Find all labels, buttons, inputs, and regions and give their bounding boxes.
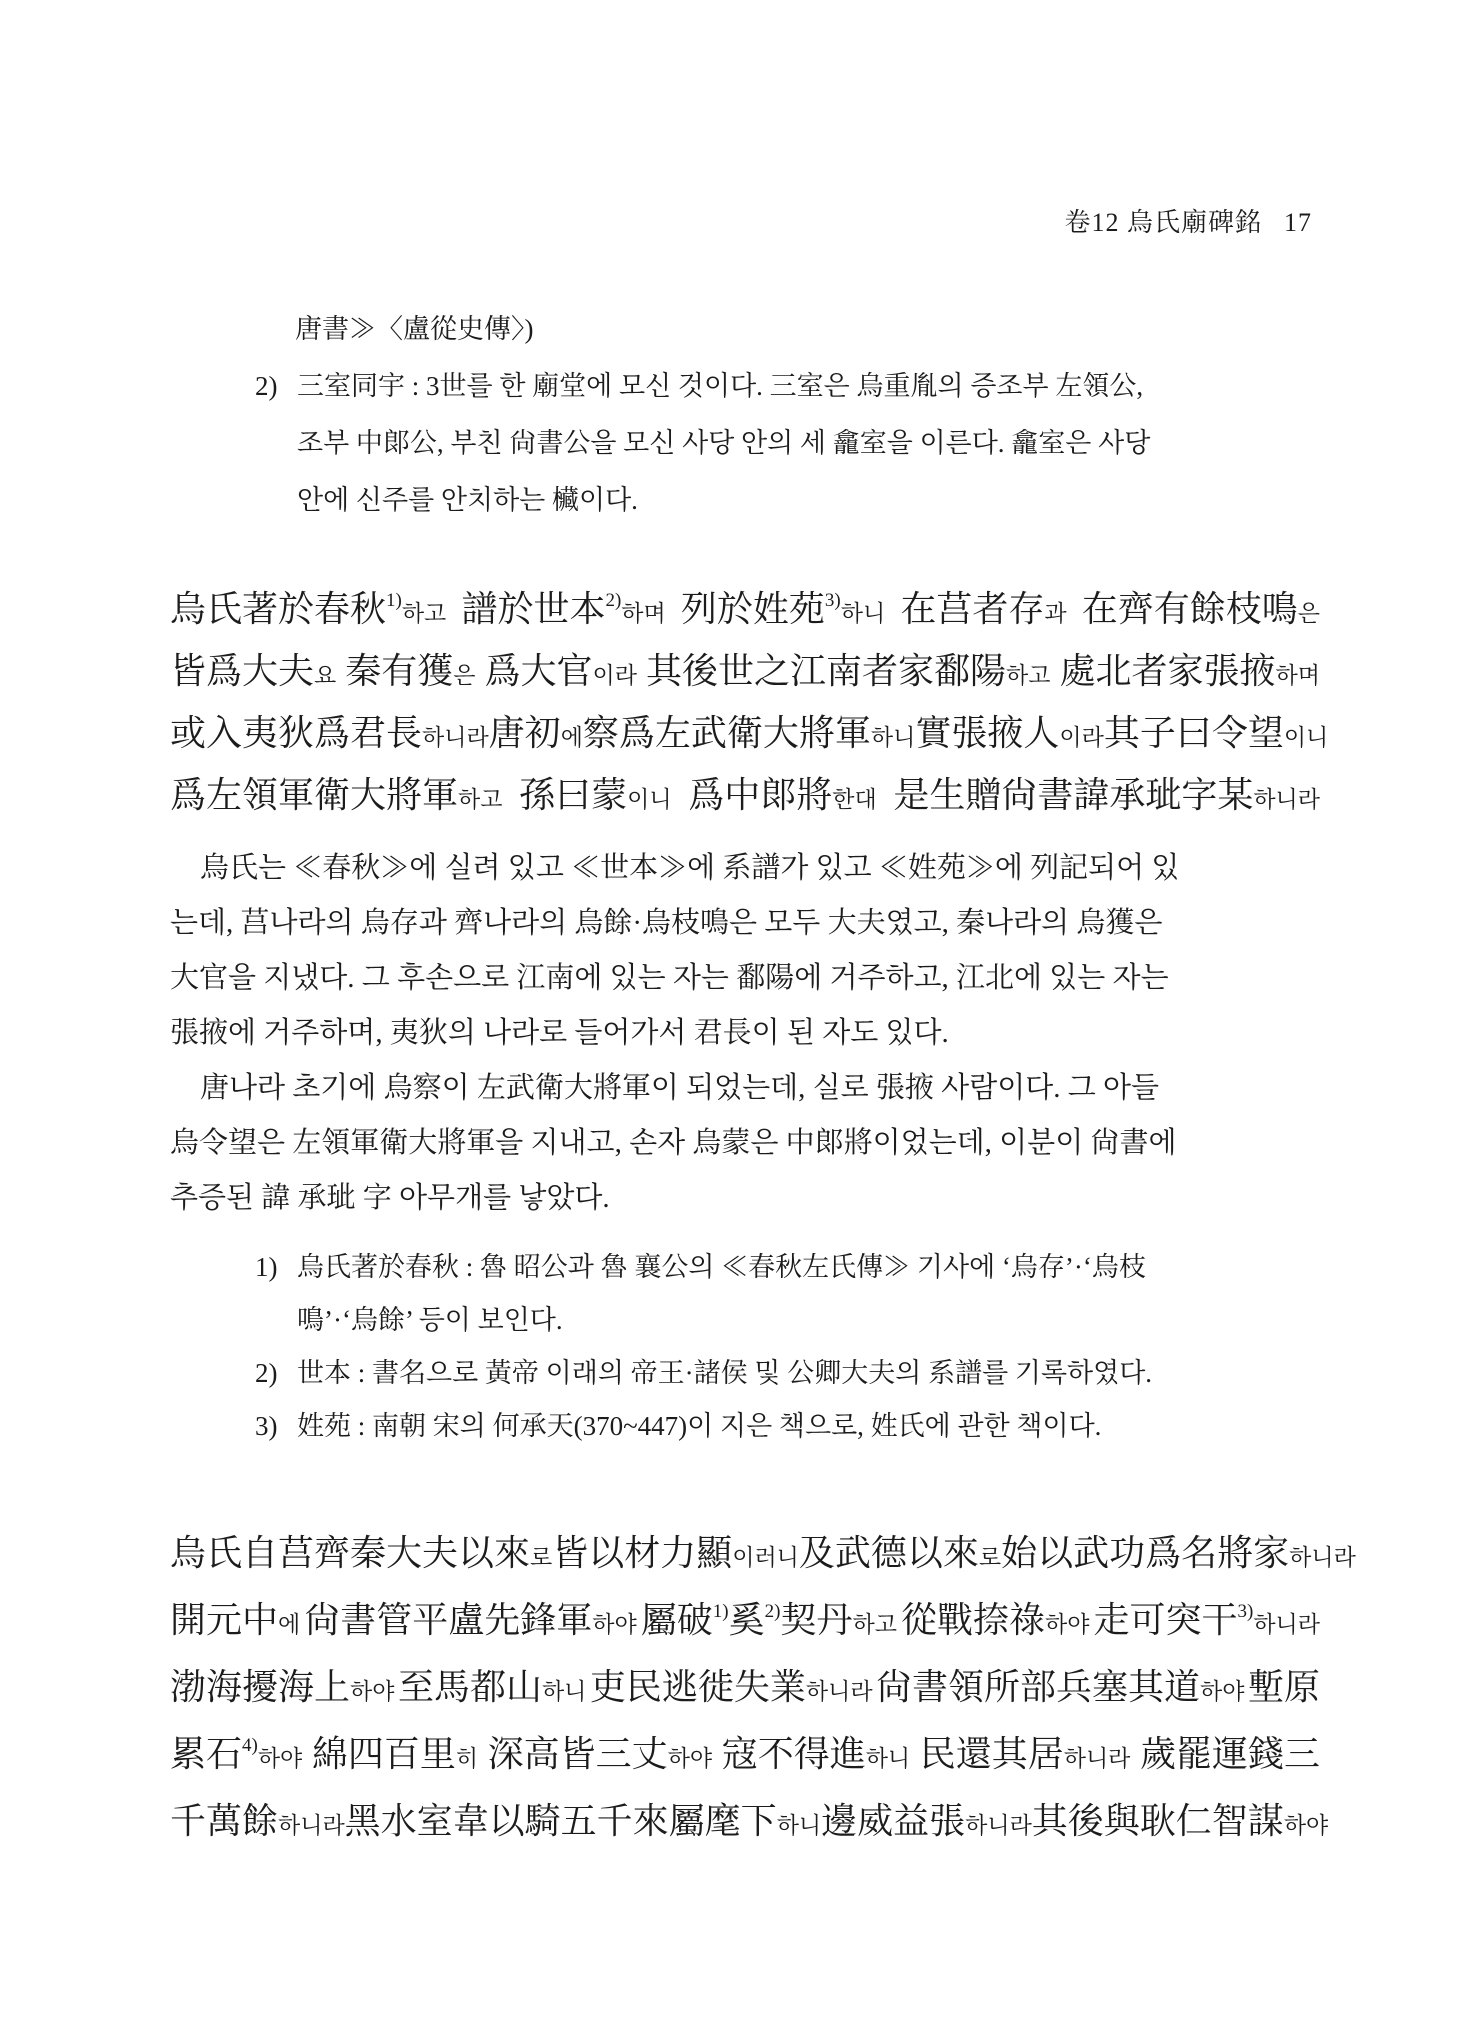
hanmun-phrase: 孫曰蒙이니	[519, 767, 671, 818]
hanja-text: 吏民逃徙失業	[590, 1667, 806, 1707]
footnote-item: 2)世本 : 書名으로 黃帝 이래의 帝王·諸侯 및 公卿大夫의 系譜를 기록하…	[255, 1347, 1320, 1400]
hanmun-phrase: 吏民逃徙失業하니라	[590, 1659, 873, 1710]
note-marker: 2)	[255, 358, 297, 415]
korean-particle: 은	[1298, 601, 1320, 626]
hanja-text: 實張掖人	[915, 713, 1059, 753]
carryover-note-item: 2) 三室同宇 : 3世를 한 廟堂에 모신 것이다. 三室은 烏重胤의 증조부…	[255, 358, 1320, 529]
hanja-text: 邊威益張	[821, 1801, 965, 1841]
korean-particle: 이니	[627, 787, 671, 812]
hanmun-phrase: 皆爲大夫요	[170, 643, 336, 694]
hanmun-line: 烏氏著於春秋1)하고譜於世本2)하며列於姓苑3)하니在莒者存과在齊有餘枝鳴은	[170, 581, 1320, 621]
hanja-text: 屬破	[641, 1600, 713, 1640]
hanmun-phrase: 千萬餘하니라	[170, 1793, 345, 1844]
hanja-text: 其子曰令望	[1104, 713, 1284, 753]
hanja-text: 深高皆三丈	[488, 1734, 668, 1774]
hanja-text: 處北者家張掖	[1060, 651, 1276, 691]
hanja-text: 察爲左武衛大將軍	[583, 713, 871, 753]
hanja-text: 歲罷運錢三	[1140, 1734, 1320, 1774]
note-text: 姓苑 : 南朝 宋의 何承天(370~447)이 지은 책으로, 姓氏에 관한 …	[297, 1400, 1320, 1453]
hanja-text: 始以武功爲名將家	[1001, 1533, 1289, 1573]
hanmun-line: 渤海擾海上하야至馬都山하니吏民逃徙失業하니라尙書領所部兵塞其道하야塹原	[170, 1659, 1320, 1699]
hanmun-line: 開元中에尙書管平盧先鋒軍하야屬破1)奚2)契丹하고從戰捺祿하야走可突干3)하니라	[170, 1592, 1320, 1632]
hanmun-phrase: 深高皆三丈하야	[488, 1726, 712, 1777]
hanmun-phrase: 及武德以來로	[799, 1525, 1001, 1576]
hanmun-phrase: 實張掖人이라	[915, 705, 1103, 756]
korean-particle: 에	[278, 1612, 300, 1637]
hanja-text: 列於姓苑	[681, 589, 825, 629]
hanja-text: 其後世之江南者家鄱陽	[646, 651, 1006, 691]
korean-particle: 에	[561, 725, 583, 750]
korean-particle: 하니라	[1253, 1612, 1320, 1637]
translation-block: 烏氏는 ≪春秋≫에 실려 있고 ≪世本≫에 系譜가 있고 ≪姓苑≫에 列記되어 …	[170, 841, 1320, 1226]
hanmun-phrase: 烏氏著於春秋1)하고	[170, 581, 446, 632]
hanja-text: 累石	[170, 1734, 242, 1774]
hanmun-phrase: 爲中郞將한대	[688, 767, 876, 818]
hanja-text: 孫曰蒙	[519, 775, 627, 815]
hanja-text: 唐初	[489, 713, 561, 753]
hanmun-phrase: 至馬都山하니	[398, 1659, 586, 1710]
hanmun-phrase: 烏氏自莒齊秦大夫以來로	[170, 1525, 552, 1576]
book-page: 卷12 烏氏廟碑銘17 唐書≫〈盧從史傳〉) 2) 三室同宇 : 3世를 한 廟…	[0, 0, 1480, 2024]
hanmun-phrase: 察爲左武衛大將軍하니	[583, 705, 915, 756]
hanmun-phrase: 唐初에	[489, 705, 583, 756]
note-text: 世本 : 書名으로 黃帝 이래의 帝王·諸侯 및 公卿大夫의 系譜를 기록하였다…	[297, 1347, 1320, 1400]
hanmun-phrase: 邊威益張하니라	[821, 1793, 1032, 1844]
hanja-text: 皆爲大夫	[170, 651, 314, 691]
korean-particle: 하니	[841, 601, 885, 626]
hanmun-phrase: 屬破1)奚2)契丹하고	[641, 1592, 897, 1643]
korean-particle: 하야	[592, 1612, 636, 1637]
footnote-ref: 4)	[242, 1735, 258, 1756]
hanmun-phrase: 累石4)하야	[170, 1726, 302, 1777]
hanja-text: 烏氏著於春秋	[170, 589, 386, 629]
hanmun-phrase: 走可突干3)하니라	[1093, 1592, 1320, 1643]
hanmun-block-1: 烏氏著於春秋1)하고譜於世本2)하며列於姓苑3)하니在莒者存과在齊有餘枝鳴은皆爲…	[170, 581, 1320, 807]
hanmun-phrase: 民還其居하니라	[920, 1726, 1131, 1777]
hanmun-line: 皆爲大夫요秦有獲은爲大官이라其後世之江南者家鄱陽하고處北者家張掖하며	[170, 643, 1320, 683]
korean-particle: 하니라	[965, 1813, 1032, 1838]
korean-particle: 이러니	[732, 1545, 799, 1570]
footnote-item: 3)姓苑 : 南朝 宋의 何承天(370~447)이 지은 책으로, 姓氏에 관…	[255, 1400, 1320, 1453]
korean-particle: 한대	[832, 787, 876, 812]
hanmun-line: 千萬餘하니라黑水室韋以騎五千來屬麾下하니邊威益張하니라其後與耿仁智謀하야	[170, 1793, 1320, 1833]
footnotes-block: 1)烏氏著於春秋 : 魯 昭公과 魯 襄公의 ≪春秋左氏傳≫ 기사에 ‘烏存’·…	[255, 1241, 1320, 1453]
note-text: 烏氏著於春秋 : 魯 昭公과 魯 襄公의 ≪春秋左氏傳≫ 기사에 ‘烏存’·‘烏…	[297, 1241, 1320, 1347]
hanmun-phrase: 爲大官이라	[485, 643, 637, 694]
running-head: 卷12 烏氏廟碑銘17	[170, 205, 1320, 241]
hanmun-phrase: 渤海擾海上하야	[170, 1659, 394, 1710]
korean-particle: 하니라	[278, 1813, 345, 1838]
hanja-text: 秦有獲	[345, 651, 453, 691]
carryover-source-line: 唐書≫〈盧從史傳〉)	[255, 301, 1320, 358]
footnote-item: 1)烏氏著於春秋 : 魯 昭公과 魯 襄公의 ≪春秋左氏傳≫ 기사에 ‘烏存’·…	[255, 1241, 1320, 1347]
korean-particle: 요	[314, 663, 336, 688]
korean-particle: 하니	[777, 1813, 821, 1838]
korean-particle: 하니	[542, 1679, 586, 1704]
korean-particle: 하야	[350, 1679, 394, 1704]
korean-particle: 하야	[1200, 1679, 1244, 1704]
korean-particle: 하야	[668, 1746, 712, 1771]
hanja-text: 在莒者存	[900, 589, 1044, 629]
hanja-text: 黑水室韋以騎五千來屬麾下	[345, 1801, 777, 1841]
footnote-ref: 1)	[713, 1601, 729, 1622]
hanja-text: 爲左領軍衛大將軍	[170, 775, 458, 815]
korean-particle: 하야	[1045, 1612, 1089, 1637]
footnote-ref: 1)	[386, 590, 402, 611]
carryover-footnote-block: 唐書≫〈盧從史傳〉) 2) 三室同宇 : 3世를 한 廟堂에 모신 것이다. 三…	[255, 301, 1320, 529]
korean-particle: 하며	[621, 601, 665, 626]
hanmun-line: 或入夷狄爲君長하니라唐初에察爲左武衛大將軍하니實張掖人이라其子曰令望이니	[170, 705, 1320, 745]
hanja-text: 千萬餘	[170, 1801, 278, 1841]
hanmun-phrase: 始以武功爲名將家하니라	[1001, 1525, 1356, 1576]
hanja-text: 走可突干	[1093, 1600, 1237, 1640]
footnote-ref: 3)	[1237, 1601, 1253, 1622]
hanja-text: 塹原	[1248, 1667, 1320, 1707]
hanja-text: 綿四百里	[312, 1734, 456, 1774]
hanja-text: 寇不得進	[722, 1734, 866, 1774]
korean-particle: 하니라	[1289, 1545, 1356, 1570]
hanja-text: 民還其居	[920, 1734, 1064, 1774]
hanmun-phrase: 塹原	[1248, 1659, 1320, 1710]
hanja-text: 開元中	[170, 1600, 278, 1640]
korean-particle: 하야	[258, 1746, 302, 1771]
hanmun-phrase: 開元中에	[170, 1592, 300, 1643]
korean-particle: 하니라	[1253, 787, 1320, 812]
korean-particle: 하야	[1284, 1813, 1328, 1838]
hanmun-phrase: 譜於世本2)하며	[461, 581, 665, 632]
korean-particle: 하니	[871, 725, 915, 750]
korean-particle: 하고	[1006, 663, 1050, 688]
hanmun-phrase: 其後世之江南者家鄱陽하고	[646, 643, 1050, 694]
hanja-text: 尙書領所部兵塞其道	[876, 1667, 1200, 1707]
note-marker: 2)	[255, 1347, 297, 1400]
korean-particle: 과	[1044, 601, 1066, 626]
footnote-ref: 3)	[825, 590, 841, 611]
hanmun-phrase: 列於姓苑3)하니	[681, 581, 885, 632]
hanja-text: 從戰捺祿	[901, 1600, 1045, 1640]
hanja-text: 爲大官	[485, 651, 593, 691]
footnote-ref: 2)	[605, 590, 621, 611]
hanmun-phrase: 或入夷狄爲君長하니라	[170, 705, 489, 756]
hanja-text: 契丹	[780, 1600, 852, 1640]
korean-particle: 하니라	[422, 725, 489, 750]
korean-particle: 하며	[1276, 663, 1320, 688]
hanmun-phrase: 其子曰令望이니	[1104, 705, 1328, 756]
korean-particle: 이라	[593, 663, 637, 688]
hanmun-phrase: 是生贈尙書諱承玼字某하니라	[893, 767, 1320, 818]
hanja-text: 譜於世本	[461, 589, 605, 629]
translation-paragraph: 烏氏는 ≪春秋≫에 실려 있고 ≪世本≫에 系譜가 있고 ≪姓苑≫에 列記되어 …	[170, 841, 1320, 1061]
hanmun-phrase: 黑水室韋以騎五千來屬麾下하니	[345, 1793, 821, 1844]
hanmun-block-2: 烏氏自莒齊秦大夫以來로皆以材力顯이러니及武德以來로始以武功爲名將家하니라開元中에…	[170, 1525, 1320, 1833]
hanmun-phrase: 爲左領軍衛大將軍하고	[170, 767, 502, 818]
hanmun-phrase: 在莒者存과	[900, 581, 1066, 632]
korean-particle: 하고	[402, 601, 446, 626]
hanja-text: 渤海擾海上	[170, 1667, 350, 1707]
hanja-text: 爲中郞將	[688, 775, 832, 815]
hanmun-phrase: 寇不得進하니	[722, 1726, 910, 1777]
korean-particle: 히	[456, 1746, 478, 1771]
hanmun-phrase: 綿四百里히	[312, 1726, 478, 1777]
hanmun-phrase: 處北者家張掖하며	[1060, 643, 1320, 694]
korean-particle: 은	[453, 663, 475, 688]
note-text: 三室同宇 : 3世를 한 廟堂에 모신 것이다. 三室은 烏重胤의 증조부 左領…	[297, 358, 1320, 529]
hanja-text: 至馬都山	[398, 1667, 542, 1707]
korean-particle: 이니	[1284, 725, 1328, 750]
hanja-text: 其後與耿仁智謀	[1032, 1801, 1284, 1841]
hanmun-line: 烏氏自莒齊秦大夫以來로皆以材力顯이러니及武德以來로始以武功爲名將家하니라	[170, 1525, 1320, 1565]
hanmun-phrase: 秦有獲은	[345, 643, 475, 694]
hanmun-phrase: 歲罷運錢三	[1140, 1726, 1320, 1777]
korean-particle: 하니라	[1064, 1746, 1131, 1771]
hanja-text: 烏氏自莒齊秦大夫以來	[170, 1533, 530, 1573]
korean-particle: 하니라	[806, 1679, 873, 1704]
korean-particle: 하고	[458, 787, 502, 812]
hanja-text: 是生贈尙書諱承玼字某	[893, 775, 1253, 815]
hanmun-phrase: 尙書領所部兵塞其道하야	[876, 1659, 1244, 1710]
hanmun-phrase: 在齊有餘枝鳴은	[1082, 581, 1320, 632]
hanja-text: 皆以材力顯	[552, 1533, 732, 1573]
chapter-title: 卷12 烏氏廟碑銘	[1064, 208, 1262, 237]
note-marker: 3)	[255, 1400, 297, 1453]
hanja-text: 及武德以來	[799, 1533, 979, 1573]
korean-particle: 로	[530, 1545, 552, 1570]
korean-particle: 로	[979, 1545, 1001, 1570]
hanmun-phrase: 其後與耿仁智謀하야	[1032, 1793, 1328, 1844]
note-marker: 1)	[255, 1241, 297, 1294]
footnote-ref: 2)	[765, 1601, 781, 1622]
korean-particle: 이라	[1059, 725, 1103, 750]
hanmun-phrase: 尙書管平盧先鋒軍하야	[304, 1592, 636, 1643]
hanmun-line: 爲左領軍衛大將軍하고孫曰蒙이니爲中郞將한대是生贈尙書諱承玼字某하니라	[170, 767, 1320, 807]
hanmun-phrase: 皆以材力顯이러니	[552, 1525, 799, 1576]
hanja-text: 在齊有餘枝鳴	[1082, 589, 1298, 629]
hanja-text: 或入夷狄爲君長	[170, 713, 422, 753]
translation-paragraph: 唐나라 초기에 烏察이 左武衛大將軍이 되었는데, 실로 張掖 사람이다. 그 …	[170, 1061, 1320, 1226]
hanmun-phrase: 從戰捺祿하야	[901, 1592, 1089, 1643]
hanja-text: 奚	[729, 1600, 765, 1640]
korean-particle: 하니	[866, 1746, 910, 1771]
page-number: 17	[1284, 208, 1312, 237]
hanja-text: 尙書管平盧先鋒軍	[304, 1600, 592, 1640]
korean-particle: 하고	[852, 1612, 896, 1637]
hanmun-line: 累石4)하야綿四百里히深高皆三丈하야寇不得進하니民還其居하니라歲罷運錢三	[170, 1726, 1320, 1766]
